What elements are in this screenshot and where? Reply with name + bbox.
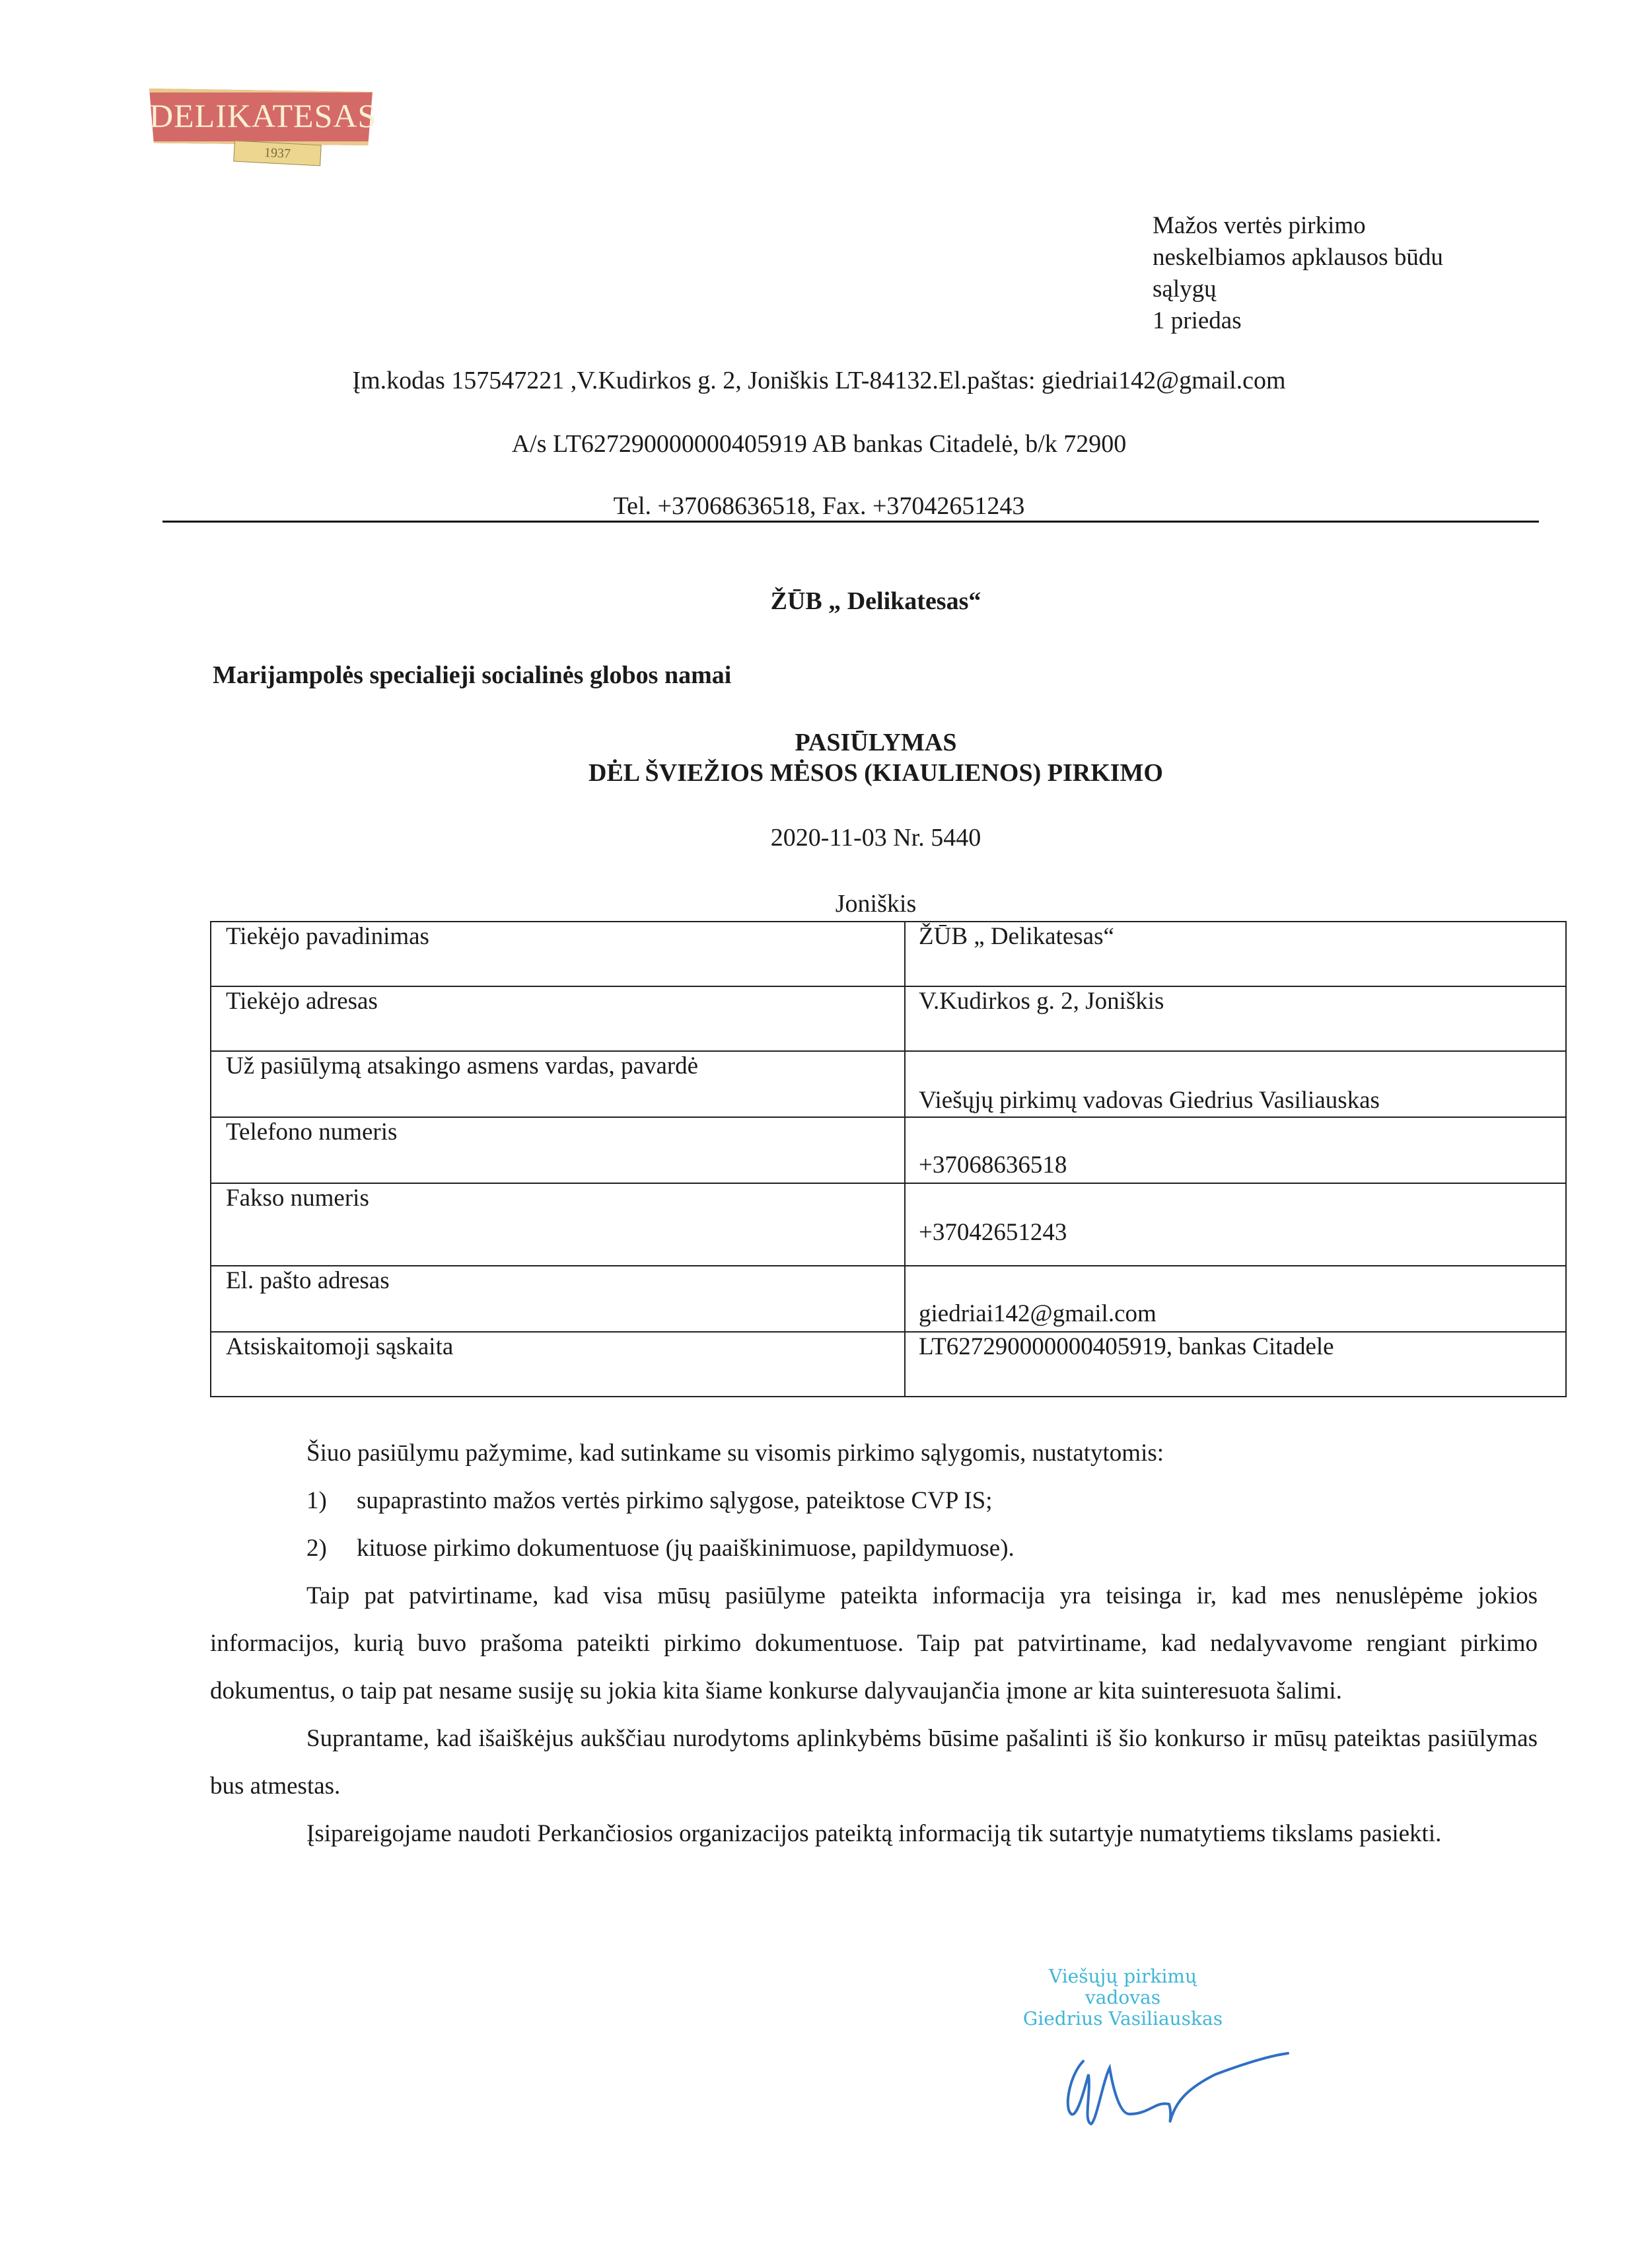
- row-label: Telefono numeris: [211, 1117, 905, 1183]
- annex-line: 1 priedas: [1153, 305, 1443, 337]
- sender-name: ŽŪB „ Delikatesas“: [57, 587, 1638, 616]
- row-value: ŽŪB „ Delikatesas“: [905, 922, 1566, 986]
- annex-line: sąlygų: [1153, 274, 1443, 305]
- stamp-line: Viešųjų pirkimų: [1011, 1966, 1235, 1987]
- recipient-name: Marijampolės specialieji socialinės glob…: [213, 661, 731, 690]
- table-row: Telefono numeris +37068636518: [211, 1117, 1566, 1183]
- document-place: Joniškis: [57, 889, 1638, 918]
- official-stamp: Viešųjų pirkimų vadovas Giedrius Vasilia…: [1011, 1966, 1235, 2030]
- annex-note: Mažos vertės pirkimo neskelbiamos apklau…: [1153, 210, 1443, 337]
- row-value: V.Kudirkos g. 2, Joniškis: [905, 986, 1566, 1051]
- document-date-number: 2020-11-03 Nr. 5440: [57, 823, 1638, 852]
- row-label: Tiekėjo adresas: [211, 986, 905, 1051]
- table-row: Tiekėjo pavadinimas ŽŪB „ Delikatesas“: [211, 922, 1566, 986]
- declaration-paragraph: Suprantame, kad išaiškėjus aukščiau nuro…: [210, 1715, 1538, 1810]
- row-label: Fakso numeris: [211, 1183, 905, 1266]
- declaration-paragraph: Taip pat patvirtiname, kad visa mūsų pas…: [210, 1572, 1538, 1715]
- row-label: El. pašto adresas: [211, 1266, 905, 1332]
- row-label: Už pasiūlymą atsakingo asmens vardas, pa…: [211, 1051, 905, 1117]
- row-value: +37068636518: [905, 1117, 1566, 1183]
- list-number: 1): [306, 1477, 357, 1525]
- list-text: supaprastinto mažos vertės pirkimo sąlyg…: [357, 1487, 993, 1514]
- document-subtitle: DĖL ŠVIEŽIOS MĖSOS (KIAULIENOS) PIRKIMO: [57, 758, 1638, 787]
- handwritten-signature-icon: [1057, 2048, 1295, 2134]
- row-value: +37042651243: [905, 1183, 1566, 1266]
- annex-line: neskelbiamos apklausos būdu: [1153, 242, 1443, 274]
- table-row: Atsiskaitomoji sąskaita LT62729000000040…: [211, 1332, 1566, 1397]
- declaration-intro: Šiuo pasiūlymu pažymime, kad sutinkame s…: [210, 1430, 1538, 1477]
- logo-year-ribbon: 1937: [233, 141, 321, 166]
- list-text: kituose pirkimo dokumentuose (jų paaiški…: [357, 1535, 1015, 1562]
- condition-list-item: 2)kituose pirkimo dokumentuose (jų paaiš…: [210, 1525, 1538, 1572]
- stamp-line: vadovas: [1011, 1987, 1235, 2008]
- row-value: giedriai142@gmail.com: [905, 1266, 1566, 1332]
- declaration-paragraph: Įsipareigojame naudoti Perkančiosios org…: [210, 1810, 1538, 1858]
- row-label: Atsiskaitomoji sąskaita: [211, 1332, 905, 1397]
- table-row: Tiekėjo adresas V.Kudirkos g. 2, Joniški…: [211, 986, 1566, 1051]
- company-logo: DELIKATESAS 1937: [149, 85, 373, 148]
- condition-list-item: 1)supaprastinto mažos vertės pirkimo sąl…: [210, 1477, 1538, 1525]
- letterhead-bank-line: A/s LT627290000000405919 AB bankas Citad…: [0, 429, 1638, 458]
- document-title: PASIŪLYMAS: [57, 728, 1638, 757]
- row-value: Viešųjų pirkimų vadovas Giedrius Vasilia…: [905, 1051, 1566, 1117]
- letterhead-company-line: Įm.kodas 157547221 ,V.Kudirkos g. 2, Jon…: [0, 366, 1638, 395]
- letterhead-contact-line: Tel. +37068636518, Fax. +37042651243: [0, 492, 1638, 521]
- row-value: LT627290000000405919, bankas Citadele: [905, 1332, 1566, 1397]
- letterhead-divider: [162, 521, 1539, 523]
- row-label: Tiekėjo pavadinimas: [211, 922, 905, 986]
- table-row: Už pasiūlymą atsakingo asmens vardas, pa…: [211, 1051, 1566, 1117]
- logo-brand-text: DELIKATESAS: [149, 99, 373, 132]
- table-row: El. pašto adresas giedriai142@gmail.com: [211, 1266, 1566, 1332]
- stamp-line: Giedrius Vasiliauskas: [1011, 2008, 1235, 2030]
- declaration-body: Šiuo pasiūlymu pažymime, kad sutinkame s…: [210, 1430, 1538, 1858]
- table-row: Fakso numeris +37042651243: [211, 1183, 1566, 1266]
- annex-line: Mažos vertės pirkimo: [1153, 210, 1443, 242]
- supplier-info-table: Tiekėjo pavadinimas ŽŪB „ Delikatesas“ T…: [210, 921, 1567, 1397]
- list-number: 2): [306, 1525, 357, 1572]
